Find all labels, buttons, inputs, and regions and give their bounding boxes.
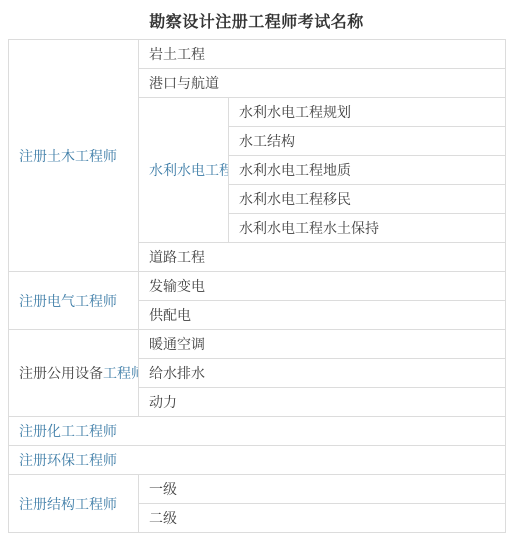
cell-electrical-engineer: 注册电气工程师 bbox=[9, 272, 139, 330]
cell-level-two: 二级 bbox=[139, 504, 506, 533]
cell-structural-engineer: 注册结构工程师 bbox=[9, 475, 139, 533]
page: 勘察设计注册工程师考试名称 注册土木工程师 岩土工程 港口与航道 水利水电工程 … bbox=[0, 0, 513, 533]
cell-hydro-geology: 水利水电工程地质 bbox=[229, 156, 506, 185]
cell-public-equipment-engineer: 注册公用设备工程师 bbox=[9, 330, 139, 417]
link-hydro-engineering[interactable]: 水利水电工程 bbox=[149, 162, 229, 178]
link-civil-engineer[interactable]: 注册土木工程师 bbox=[19, 148, 117, 164]
link-electrical-engineer[interactable]: 注册电气工程师 bbox=[19, 293, 117, 309]
link-environmental-engineer[interactable]: 注册环保工程师 bbox=[19, 452, 117, 468]
cell-water-supply-drainage: 给水排水 bbox=[139, 359, 506, 388]
cell-power-dynamics: 动力 bbox=[139, 388, 506, 417]
cell-geotech-engineering: 岩土工程 bbox=[139, 40, 506, 69]
table-row: 注册化工工程师 bbox=[9, 417, 506, 446]
link-chemical-engineer[interactable]: 注册化工工程师 bbox=[19, 423, 117, 439]
link-public-equipment-engineer[interactable]: 工程师 bbox=[103, 365, 139, 381]
public-equipment-label-prefix: 注册公用设备 bbox=[19, 365, 103, 381]
page-title: 勘察设计注册工程师考试名称 bbox=[0, 0, 513, 39]
cell-hvac: 暖通空调 bbox=[139, 330, 506, 359]
exam-name-table: 注册土木工程师 岩土工程 港口与航道 水利水电工程 水利水电工程规划 水工结构 … bbox=[8, 39, 506, 533]
table-row: 注册电气工程师 发输变电 bbox=[9, 272, 506, 301]
cell-hydro-resettlement: 水利水电工程移民 bbox=[229, 185, 506, 214]
table-row: 注册环保工程师 bbox=[9, 446, 506, 475]
cell-chemical-engineer: 注册化工工程师 bbox=[9, 417, 506, 446]
table-row: 注册结构工程师 一级 bbox=[9, 475, 506, 504]
cell-civil-engineer: 注册土木工程师 bbox=[9, 40, 139, 272]
table-row: 注册公用设备工程师 暖通空调 bbox=[9, 330, 506, 359]
link-structural-engineer[interactable]: 注册结构工程师 bbox=[19, 496, 117, 512]
cell-port-waterway: 港口与航道 bbox=[139, 69, 506, 98]
cell-hydro-planning: 水利水电工程规划 bbox=[229, 98, 506, 127]
cell-power-transmission: 发输变电 bbox=[139, 272, 506, 301]
cell-hydro-engineering: 水利水电工程 bbox=[139, 98, 229, 243]
cell-hydraulic-structure: 水工结构 bbox=[229, 127, 506, 156]
cell-power-supply-distribution: 供配电 bbox=[139, 301, 506, 330]
cell-hydro-soil-conservation: 水利水电工程水土保持 bbox=[229, 214, 506, 243]
cell-environmental-engineer: 注册环保工程师 bbox=[9, 446, 506, 475]
cell-level-one: 一级 bbox=[139, 475, 506, 504]
cell-road-engineering: 道路工程 bbox=[139, 243, 506, 272]
table-row: 注册土木工程师 岩土工程 bbox=[9, 40, 506, 69]
